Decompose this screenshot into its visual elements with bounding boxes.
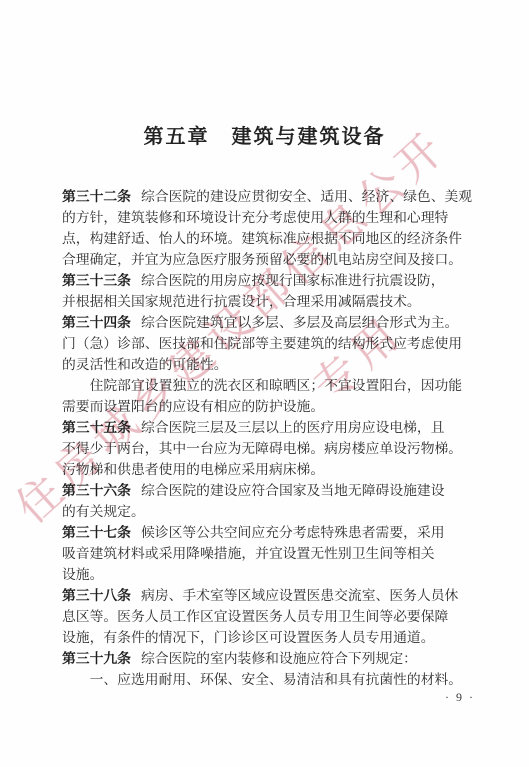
text-line: 的灵活性和改造的可能性。 [62,354,474,375]
text-line: 住院部宜设置独立的洗衣区和晾晒区；不宜设置阳台，因功能 [62,375,474,396]
article-number-lead: 第三十七条 [62,525,131,540]
line-text: 综合医院三层及三层以上的医疗用房应设电梯，且 [141,420,445,435]
text-line: 第三十二条综合医院的建设应贯彻安全、适用、经济、绿色、美观 [62,186,474,207]
line-text: 综合医院的用房应按现行国家标准进行抗震设防， [141,273,445,288]
line-text: 门（急）诊部、医技部和住院部等主要建筑的结构形式应考虑使用 [62,336,462,351]
text-line: 第三十六条综合医院的建设应符合国家及当地无障碍设施建设 [62,480,474,501]
text-line: 的有关规定。 [62,501,474,522]
text-line: 点，构建舒适、怡人的环境。建筑标准应根据不同地区的经济条件 [62,228,474,249]
line-text: 一、应选用耐用、环保、安全、易清洁和具有抗菌性的材料。 [90,672,463,687]
text-line: 一、应选用耐用、环保、安全、易清洁和具有抗菌性的材料。 [62,669,474,690]
text-line: 并根据相关国家规范进行抗震设计，合理采用减隔震技术。 [62,291,474,312]
text-line: 息区等。医务人员工作区宜设置医务人员专用卫生间等必要保障 [62,606,474,627]
text-line: 污物梯和供患者使用的电梯应采用病床梯。 [62,459,474,480]
line-text: 不得少于两台，其中一台应为无障碍电梯。病房楼应单设污物梯。 [62,441,462,456]
line-text: 综合医院的建设应贯彻安全、适用、经济、绿色、美观 [141,189,472,204]
body-text-block: 第三十二条综合医院的建设应贯彻安全、适用、经济、绿色、美观的方针，建筑装修和环境… [62,186,474,690]
line-text: 的灵活性和改造的可能性。 [62,357,228,372]
line-text: 的方针，建筑装修和环境设计充分考虑使用人群的生理和心理特 [62,210,448,225]
line-text: 合理确定，并宜为应急医疗服务预留必要的机电站房空间及接口。 [62,252,462,267]
line-text: 并根据相关国家规范进行抗震设计，合理采用减隔震技术。 [62,294,421,309]
article-number-lead: 第三十四条 [62,315,131,330]
line-text: 吸音建筑材料或采用降噪措施，并宜设置无性别卫生间等相关 [62,546,435,561]
text-line: 第三十八条病房、手术室等区域应设置医患交流室、医务人员休 [62,585,474,606]
line-text: 的有关规定。 [62,504,145,519]
text-line: 第三十五条综合医院三层及三层以上的医疗用房应设电梯，且 [62,417,474,438]
text-line: 第三十九条综合医院的室内装修和设施应符合下列规定： [62,648,474,669]
article-number-lead: 第三十六条 [62,483,131,498]
text-line: 不得少于两台，其中一台应为无障碍电梯。病房楼应单设污物梯。 [62,438,474,459]
text-line: 第三十三条综合医院的用房应按现行国家标准进行抗震设防， [62,270,474,291]
text-line: 合理确定，并宜为应急医疗服务预留必要的机电站房空间及接口。 [62,249,474,270]
text-line: 设施，有条件的情况下，门诊诊区可设置医务人员专用通道。 [62,627,474,648]
text-line: 设施。 [62,564,474,585]
text-line: 吸音建筑材料或采用降噪措施，并宜设置无性别卫生间等相关 [62,543,474,564]
article-number-lead: 第三十九条 [62,651,131,666]
chapter-title: 第五章 建筑与建筑设备 [0,120,529,149]
text-line: 门（急）诊部、医技部和住院部等主要建筑的结构形式应考虑使用 [62,333,474,354]
line-text: 息区等。医务人员工作区宜设置医务人员专用卫生间等必要保障 [62,609,448,624]
line-text: 综合医院的建设应符合国家及当地无障碍设施建设 [141,483,445,498]
article-number-lead: 第三十三条 [62,273,131,288]
line-text: 点，构建舒适、怡人的环境。建筑标准应根据不同地区的经济条件 [62,231,462,246]
line-text: 综合医院的室内装修和设施应符合下列规定： [141,651,417,666]
text-line: 的方针，建筑装修和环境设计充分考虑使用人群的生理和心理特 [62,207,474,228]
article-number-lead: 第三十五条 [62,420,131,435]
text-line: 需要而设置阳台的应设有相应的防护设施。 [62,396,474,417]
line-text: 候诊区等公共空间应充分考虑特殊患者需要，采用 [141,525,445,540]
line-text: 设施，有条件的情况下，门诊诊区可设置医务人员专用通道。 [62,630,435,645]
line-text: 病房、手术室等区域应设置医患交流室、医务人员休 [141,588,458,603]
line-text: 需要而设置阳台的应设有相应的防护设施。 [62,399,324,414]
line-text: 设施。 [62,567,103,582]
line-text: 住院部宜设置独立的洗衣区和晾晒区；不宜设置阳台，因功能 [90,378,463,393]
article-number-lead: 第三十八条 [62,588,131,603]
line-text: 污物梯和供患者使用的电梯应采用病床梯。 [62,462,324,477]
page-number: · 9 · [430,690,490,705]
text-line: 第三十四条综合医院建筑宜以多层、多层及高层组合形式为主。 [62,312,474,333]
article-number-lead: 第三十二条 [62,189,131,204]
document-page: 住房城乡建设部信息公开 专用 第五章 建筑与建筑设备 第三十二条综合医院的建设应… [0,0,529,767]
line-text: 综合医院建筑宜以多层、多层及高层组合形式为主。 [141,315,458,330]
text-line: 第三十七条候诊区等公共空间应充分考虑特殊患者需要，采用 [62,522,474,543]
